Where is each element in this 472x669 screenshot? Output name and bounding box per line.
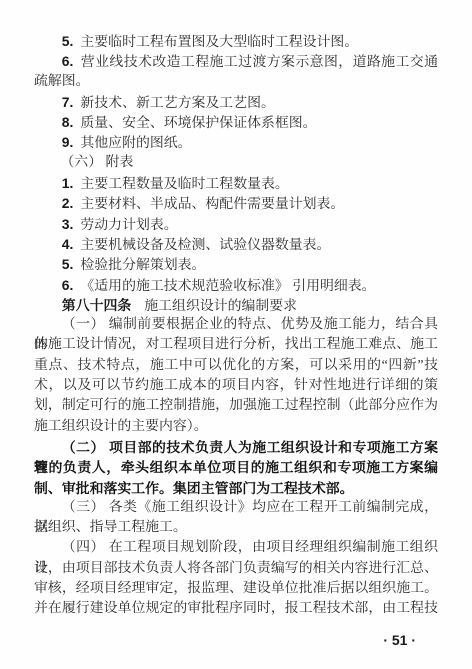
list-item-number: 6. <box>62 53 74 69</box>
line-text: 主要工程数量及临时工程数量表。 <box>80 177 288 192</box>
text-line: 审核，经项目经理审定，报监理、建设单位批准后据以组织施工。 <box>34 579 438 599</box>
line-text: 其他应附的图纸。 <box>80 136 191 151</box>
line-text: 检验批分解策划表。 <box>80 258 205 273</box>
text-line: 9.其他应附的图纸。 <box>34 132 438 152</box>
list-item-number: 4. <box>62 236 74 252</box>
list-item-number: 6. <box>62 277 74 293</box>
text-line: 5.主要临时工程布置图及大型临时工程设计图。 <box>34 31 438 51</box>
list-item-number: 5. <box>62 256 74 272</box>
text-line: 理的负责人，牵头组织本单位项目的施工组织和专项施工方案编 <box>34 457 438 477</box>
text-line: 以组织、指导工程施工。 <box>34 518 438 538</box>
article-heading-line: 第八十四条施工组织设计的编制要求 <box>34 295 438 315</box>
text-line: 7.新技术、新工艺方案及工艺图。 <box>34 92 438 112</box>
text-line: 施工组织设计的主要内容）。 <box>34 417 438 437</box>
text-line: 6.营业线技术改造工程施工过渡方案示意图，道路施工交通 <box>34 51 438 71</box>
article-number: 第八十四条 <box>62 297 131 313</box>
line-text: 营业线技术改造工程施工过渡方案示意图，道路施工交通 <box>80 55 438 70</box>
line-text: 劳动力计划表。 <box>80 218 177 233</box>
line-text: 新技术、新工艺方案及工艺图。 <box>80 96 274 111</box>
page-number: · 51 · <box>383 632 416 648</box>
line-text: 《适用的施工技术规范验收标准》 引用明细表。 <box>80 279 375 294</box>
text-block: 5.主要临时工程布置图及大型临时工程设计图。6.营业线技术改造工程施工过渡方案示… <box>34 31 438 620</box>
text-line: 5.检验批分解策划表。 <box>34 254 438 274</box>
text-line: 1.主要工程数量及临时工程数量表。 <box>34 173 438 193</box>
text-line: 6.《适用的施工技术规范验收标准》 引用明细表。 <box>34 275 438 295</box>
line-text: 施工组织设计的编制要求 <box>144 299 297 314</box>
text-line: 制、审批和落实工作。集团主管部门为工程技术部。 <box>34 478 438 498</box>
page: 5.主要临时工程布置图及大型临时工程设计图。6.营业线技术改造工程施工过渡方案示… <box>0 0 472 669</box>
line-text: 主要材料、半成品、构配件需要量计划表。 <box>80 197 344 212</box>
text-line: 并在履行建设单位规定的审批程序同时，报工程技术部，由工程技 <box>34 599 438 619</box>
line-text: 质量、安全、环境保护保证体系框图。 <box>80 116 316 131</box>
text-line: 术，以及可以节约施工成本的项目内容，针对性地进行详细的策 <box>34 376 438 396</box>
text-line: （六） 附表 <box>34 153 438 173</box>
list-item-number: 3. <box>62 216 74 232</box>
list-item-number: 7. <box>62 94 74 110</box>
text-line: 重点、技术特点，施工中可以优化的方案，可以采用的“四新”技 <box>34 356 438 376</box>
list-item-number: 5. <box>62 33 74 49</box>
list-item-number: 9. <box>62 134 74 150</box>
text-line: （一） 编制前要根据企业的特点、优势及施工能力，结合具体 <box>34 315 438 335</box>
text-line: 计，由项目部技术负责人将各部门负责编写的相关内容进行汇总、 <box>34 559 438 579</box>
text-line: 3.劳动力计划表。 <box>34 214 438 234</box>
list-item-number: 1. <box>62 175 74 191</box>
text-line: （三） 各类《施工组织设计》均应在工程开工前编制完成，据 <box>34 498 438 518</box>
text-line: 的施工设计情况，对工程项目进行分析，找出工程施工难点、施工 <box>34 335 438 355</box>
text-line: 8.质量、安全、环境保护保证体系框图。 <box>34 112 438 132</box>
list-item-number: 2. <box>62 195 74 211</box>
text-line: 2.主要材料、半成品、构配件需要量计划表。 <box>34 193 438 213</box>
text-line: 疏解图。 <box>34 72 438 92</box>
text-line: 4.主要机械设备及检测、试验仪器数量表。 <box>34 234 438 254</box>
text-line: 划，制定可行的施工控制措施，加强施工过程控制（此部分应作为 <box>34 396 438 416</box>
text-line: （二） 项目部的技术负责人为施工组织设计和专项施工方案管 <box>34 437 438 457</box>
line-text: 主要机械设备及检测、试验仪器数量表。 <box>80 238 330 253</box>
list-item-number: 8. <box>62 114 74 130</box>
text-line: （四） 在工程项目规划阶段，由项目经理组织编制施工组织设 <box>34 538 438 558</box>
line-text: 主要临时工程布置图及大型临时工程设计图。 <box>80 35 358 50</box>
